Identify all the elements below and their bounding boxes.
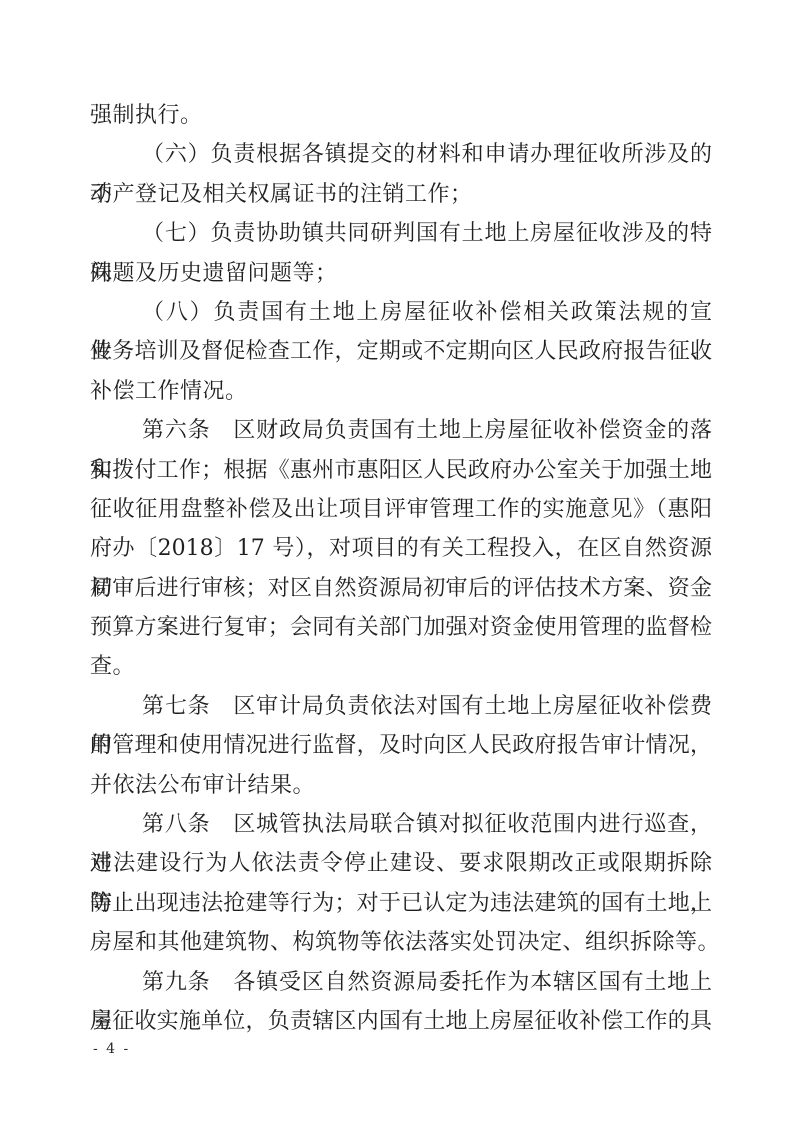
text-line: 第七条 区审计局负责依法对国有土地上房屋征收补偿费用 — [90, 687, 712, 726]
text-line: 府办〔2018〕17 号），对项目的有关工程投入，在区自然资源局 — [90, 529, 712, 568]
text-line: 违法建设行为人依法责令停止建设、要求限期改正或限期拆除等， — [90, 844, 712, 883]
text-line: 查。 — [90, 647, 712, 686]
text-line: （七）负责协助镇共同研判国有土地上房屋征收涉及的特殊 — [90, 214, 712, 253]
text-line: 补偿工作情况。 — [90, 372, 712, 411]
text-line: 第九条 各镇受区自然资源局委托作为本辖区国有土地上房 — [90, 963, 712, 1002]
text-line: （六）负责根据各镇提交的材料和申请办理征收所涉及的不 — [90, 135, 712, 174]
text-line: 初审后进行审核；对区自然资源局初审后的评估技术方案、资金 — [90, 569, 712, 608]
text-line: 强制执行。 — [90, 96, 712, 135]
text-line: 问题及历史遗留问题等； — [90, 254, 712, 293]
text-line: 房屋和其他建筑物、构筑物等依法落实处罚决定、组织拆除等。 — [90, 923, 712, 962]
body-text: 强制执行。 （六）负责根据各镇提交的材料和申请办理征收所涉及的不 动产登记及相关… — [90, 96, 712, 1041]
page-number: - 4 - — [93, 1040, 130, 1058]
text-line: 第六条 区财政局负责国有土地上房屋征收补偿资金的落实 — [90, 411, 712, 450]
text-line: 防止出现违法抢建等行为；对于已认定为违法建筑的国有土地上 — [90, 884, 712, 923]
document-page: 强制执行。 （六）负责根据各镇提交的材料和申请办理征收所涉及的不 动产登记及相关… — [0, 0, 800, 1131]
text-line: 征收征用盘整补偿及出让项目评审管理工作的实施意见》（惠阳 — [90, 490, 712, 529]
text-line: 动产登记及相关权属证书的注销工作； — [90, 175, 712, 214]
text-line: 的管理和使用情况进行监督，及时向区人民政府报告审计情况， — [90, 726, 712, 765]
text-line: 业务培训及督促检查工作，定期或不定期向区人民政府报告征收 — [90, 332, 712, 371]
text-line: 屋征收实施单位，负责辖区内国有土地上房屋征收补偿工作的具 — [90, 1002, 712, 1041]
text-line: 预算方案进行复审；会同有关部门加强对资金使用管理的监督检 — [90, 608, 712, 647]
text-line: （八）负责国有土地上房屋征收补偿相关政策法规的宣传、 — [90, 293, 712, 332]
text-line: 第八条 区城管执法局联合镇对拟征收范围内进行巡查，对 — [90, 805, 712, 844]
text-line: 和拨付工作；根据《惠州市惠阳区人民政府办公室关于加强土地 — [90, 451, 712, 490]
text-line: 并依法公布审计结果。 — [90, 766, 712, 805]
